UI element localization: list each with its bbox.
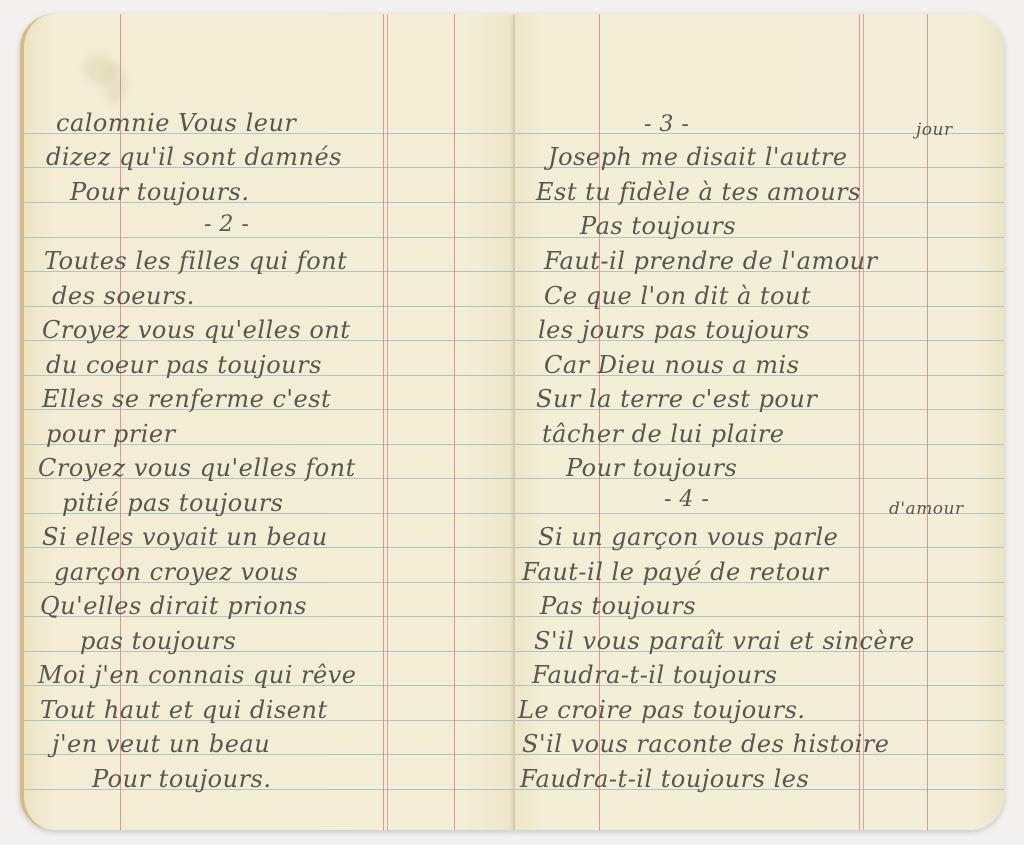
- left-page: calomnie Vous leur dizez qu'il sont damn…: [20, 14, 514, 830]
- handwritten-line: S'il vous paraît vrai et sincère: [534, 627, 915, 655]
- handwritten-line: dizez qu'il sont damnés: [46, 143, 342, 171]
- handwritten-line: Pas toujours: [540, 592, 696, 620]
- handwritten-line: Elles se renferme c'est: [42, 385, 331, 413]
- handwritten-line: S'il vous raconte des histoire: [522, 730, 889, 758]
- handwritten-line: Est tu fidèle à tes amours: [536, 178, 861, 206]
- handwritten-line: j'en veut un beau: [52, 730, 270, 758]
- section-number: - 3 -: [644, 112, 689, 137]
- handwritten-line: des soeurs.: [52, 282, 195, 310]
- handwritten-line: Toutes les filles qui font: [44, 247, 347, 275]
- handwritten-line: Moi j'en connais qui rêve: [38, 661, 356, 689]
- handwritten-insertion: jour: [916, 120, 953, 140]
- handwritten-line: Faut-il le payé de retour: [522, 558, 829, 586]
- handwritten-line: Qu'elles dirait prions: [40, 592, 307, 620]
- handwritten-line: pitié pas toujours: [62, 489, 284, 517]
- handwritten-line: Pour toujours.: [92, 765, 272, 793]
- handwritten-line: garçon croyez vous: [54, 558, 298, 586]
- notebook-spread: calomnie Vous leur dizez qu'il sont damn…: [20, 14, 1004, 830]
- section-number: - 4 -: [664, 487, 709, 512]
- handwritten-line: Ce que l'on dit à tout: [544, 282, 811, 310]
- handwritten-line: Joseph me disait l'autre: [548, 143, 848, 171]
- handwritten-line: du coeur pas toujours: [46, 351, 322, 379]
- handwritten-line: Pas toujours: [580, 212, 736, 240]
- handwritten-line: Le croire pas toujours.: [518, 696, 806, 724]
- handwritten-line: calomnie Vous leur: [56, 109, 296, 137]
- book-gutter: [513, 14, 515, 830]
- right-page: - 3 - jour Joseph me disait l'autre Est …: [514, 14, 1004, 830]
- handwritten-line: Si elles voyait un beau: [42, 523, 328, 551]
- handwritten-line: Faudra-t-il toujours: [532, 661, 777, 689]
- left-page-text: calomnie Vous leur dizez qu'il sont damn…: [24, 14, 514, 830]
- handwritten-line: Croyez vous qu'elles font: [38, 454, 356, 482]
- right-page-text: - 3 - jour Joseph me disait l'autre Est …: [514, 14, 1004, 830]
- handwritten-line: pas toujours: [80, 627, 236, 655]
- handwritten-line: Si un garçon vous parle: [538, 523, 838, 551]
- handwritten-line: Pour toujours.: [70, 178, 250, 206]
- handwritten-line: Tout haut et qui disent: [40, 696, 328, 724]
- section-number: - 2 -: [204, 212, 249, 237]
- handwritten-line: Sur la terre c'est pour: [536, 385, 817, 413]
- handwritten-insertion: d'amour: [889, 499, 964, 519]
- handwritten-line: Car Dieu nous a mis: [544, 351, 799, 379]
- handwritten-line: pour prier: [46, 420, 176, 448]
- handwritten-line: tâcher de lui plaire: [542, 420, 785, 448]
- handwritten-line: les jours pas toujours: [538, 316, 810, 344]
- handwritten-line: Pour toujours: [566, 454, 737, 482]
- handwritten-line: Faut-il prendre de l'amour: [544, 247, 878, 275]
- handwritten-line: Faudra-t-il toujours les: [520, 765, 809, 793]
- handwritten-line: Croyez vous qu'elles ont: [42, 316, 350, 344]
